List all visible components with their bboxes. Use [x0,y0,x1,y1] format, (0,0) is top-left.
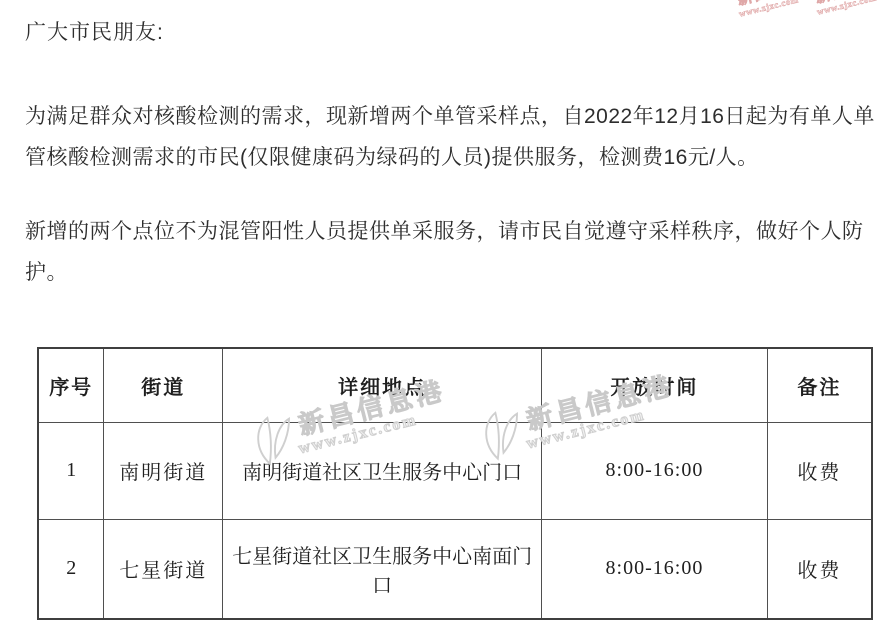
paragraph-line: 护。 [25,252,875,293]
cell-hours: 8:00-16:00 [542,422,767,519]
watermark-pink-1: 新昌信息港 www.zjxc.com [736,0,820,18]
cell-note: 收费 [767,422,872,519]
paragraph-line: 为满足群众对核酸检测的需求，现新增两个单管采样点，自2022年12月16日起为有… [25,96,875,137]
paragraph-announcement: 为满足群众对核酸检测的需求，现新增两个单管采样点，自2022年12月16日起为有… [25,96,875,178]
col-header-no: 序号 [38,348,104,422]
announcement-page: 新昌信息港 www.zjxc.com 新昌信息港 www.zjxc.com 广大… [0,0,895,637]
paragraph-line: 新增的两个点位不为混管阳性人员提供单采服务，请市民自觉遵守采样秩序，做好个人防 [25,211,875,252]
watermark-brand-text: 新昌信息港 [736,0,817,9]
greeting-line: 广大市民朋友: [25,16,164,46]
cell-location: 南明街道社区卫生服务中心门口 [223,422,542,519]
sampling-points-table: 序号 街道 详细地点 开放时间 备注 1 南明街道 南明街道社区卫生服务中心门口… [37,347,873,620]
cell-no: 1 [38,422,104,519]
col-header-note: 备注 [767,348,872,422]
sampling-points-table-wrap: 序号 街道 详细地点 开放时间 备注 1 南明街道 南明街道社区卫生服务中心门口… [37,347,873,620]
watermark-url-text: www.zjxc.com [738,0,799,19]
watermark-url-text: www.zjxc.com [816,0,877,17]
cell-location: 七星街道社区卫生服务中心南面门口 [223,519,542,619]
col-header-hours: 开放时间 [542,348,767,422]
cell-street: 七星街道 [104,519,223,619]
col-header-location: 详细地点 [223,348,542,422]
table-row: 1 南明街道 南明街道社区卫生服务中心门口 8:00-16:00 收费 [38,422,872,519]
cell-note: 收费 [767,519,872,619]
cell-no: 2 [38,519,104,619]
cell-street: 南明街道 [104,422,223,519]
watermark-brand-text: 新昌信息港 [814,0,895,7]
cell-hours: 8:00-16:00 [542,519,767,619]
watermark-pink-2: 新昌信息港 www.zjxc.com [814,0,895,16]
paragraph-notice: 新增的两个点位不为混管阳性人员提供单采服务，请市民自觉遵守采样秩序，做好个人防 … [25,211,875,293]
col-header-street: 街道 [104,348,223,422]
paragraph-line: 管核酸检测需求的市民(仅限健康码为绿码的人员)提供服务，检测费16元/人。 [25,137,875,178]
table-header-row: 序号 街道 详细地点 开放时间 备注 [38,348,872,422]
table-row: 2 七星街道 七星街道社区卫生服务中心南面门口 8:00-16:00 收费 [38,519,872,619]
